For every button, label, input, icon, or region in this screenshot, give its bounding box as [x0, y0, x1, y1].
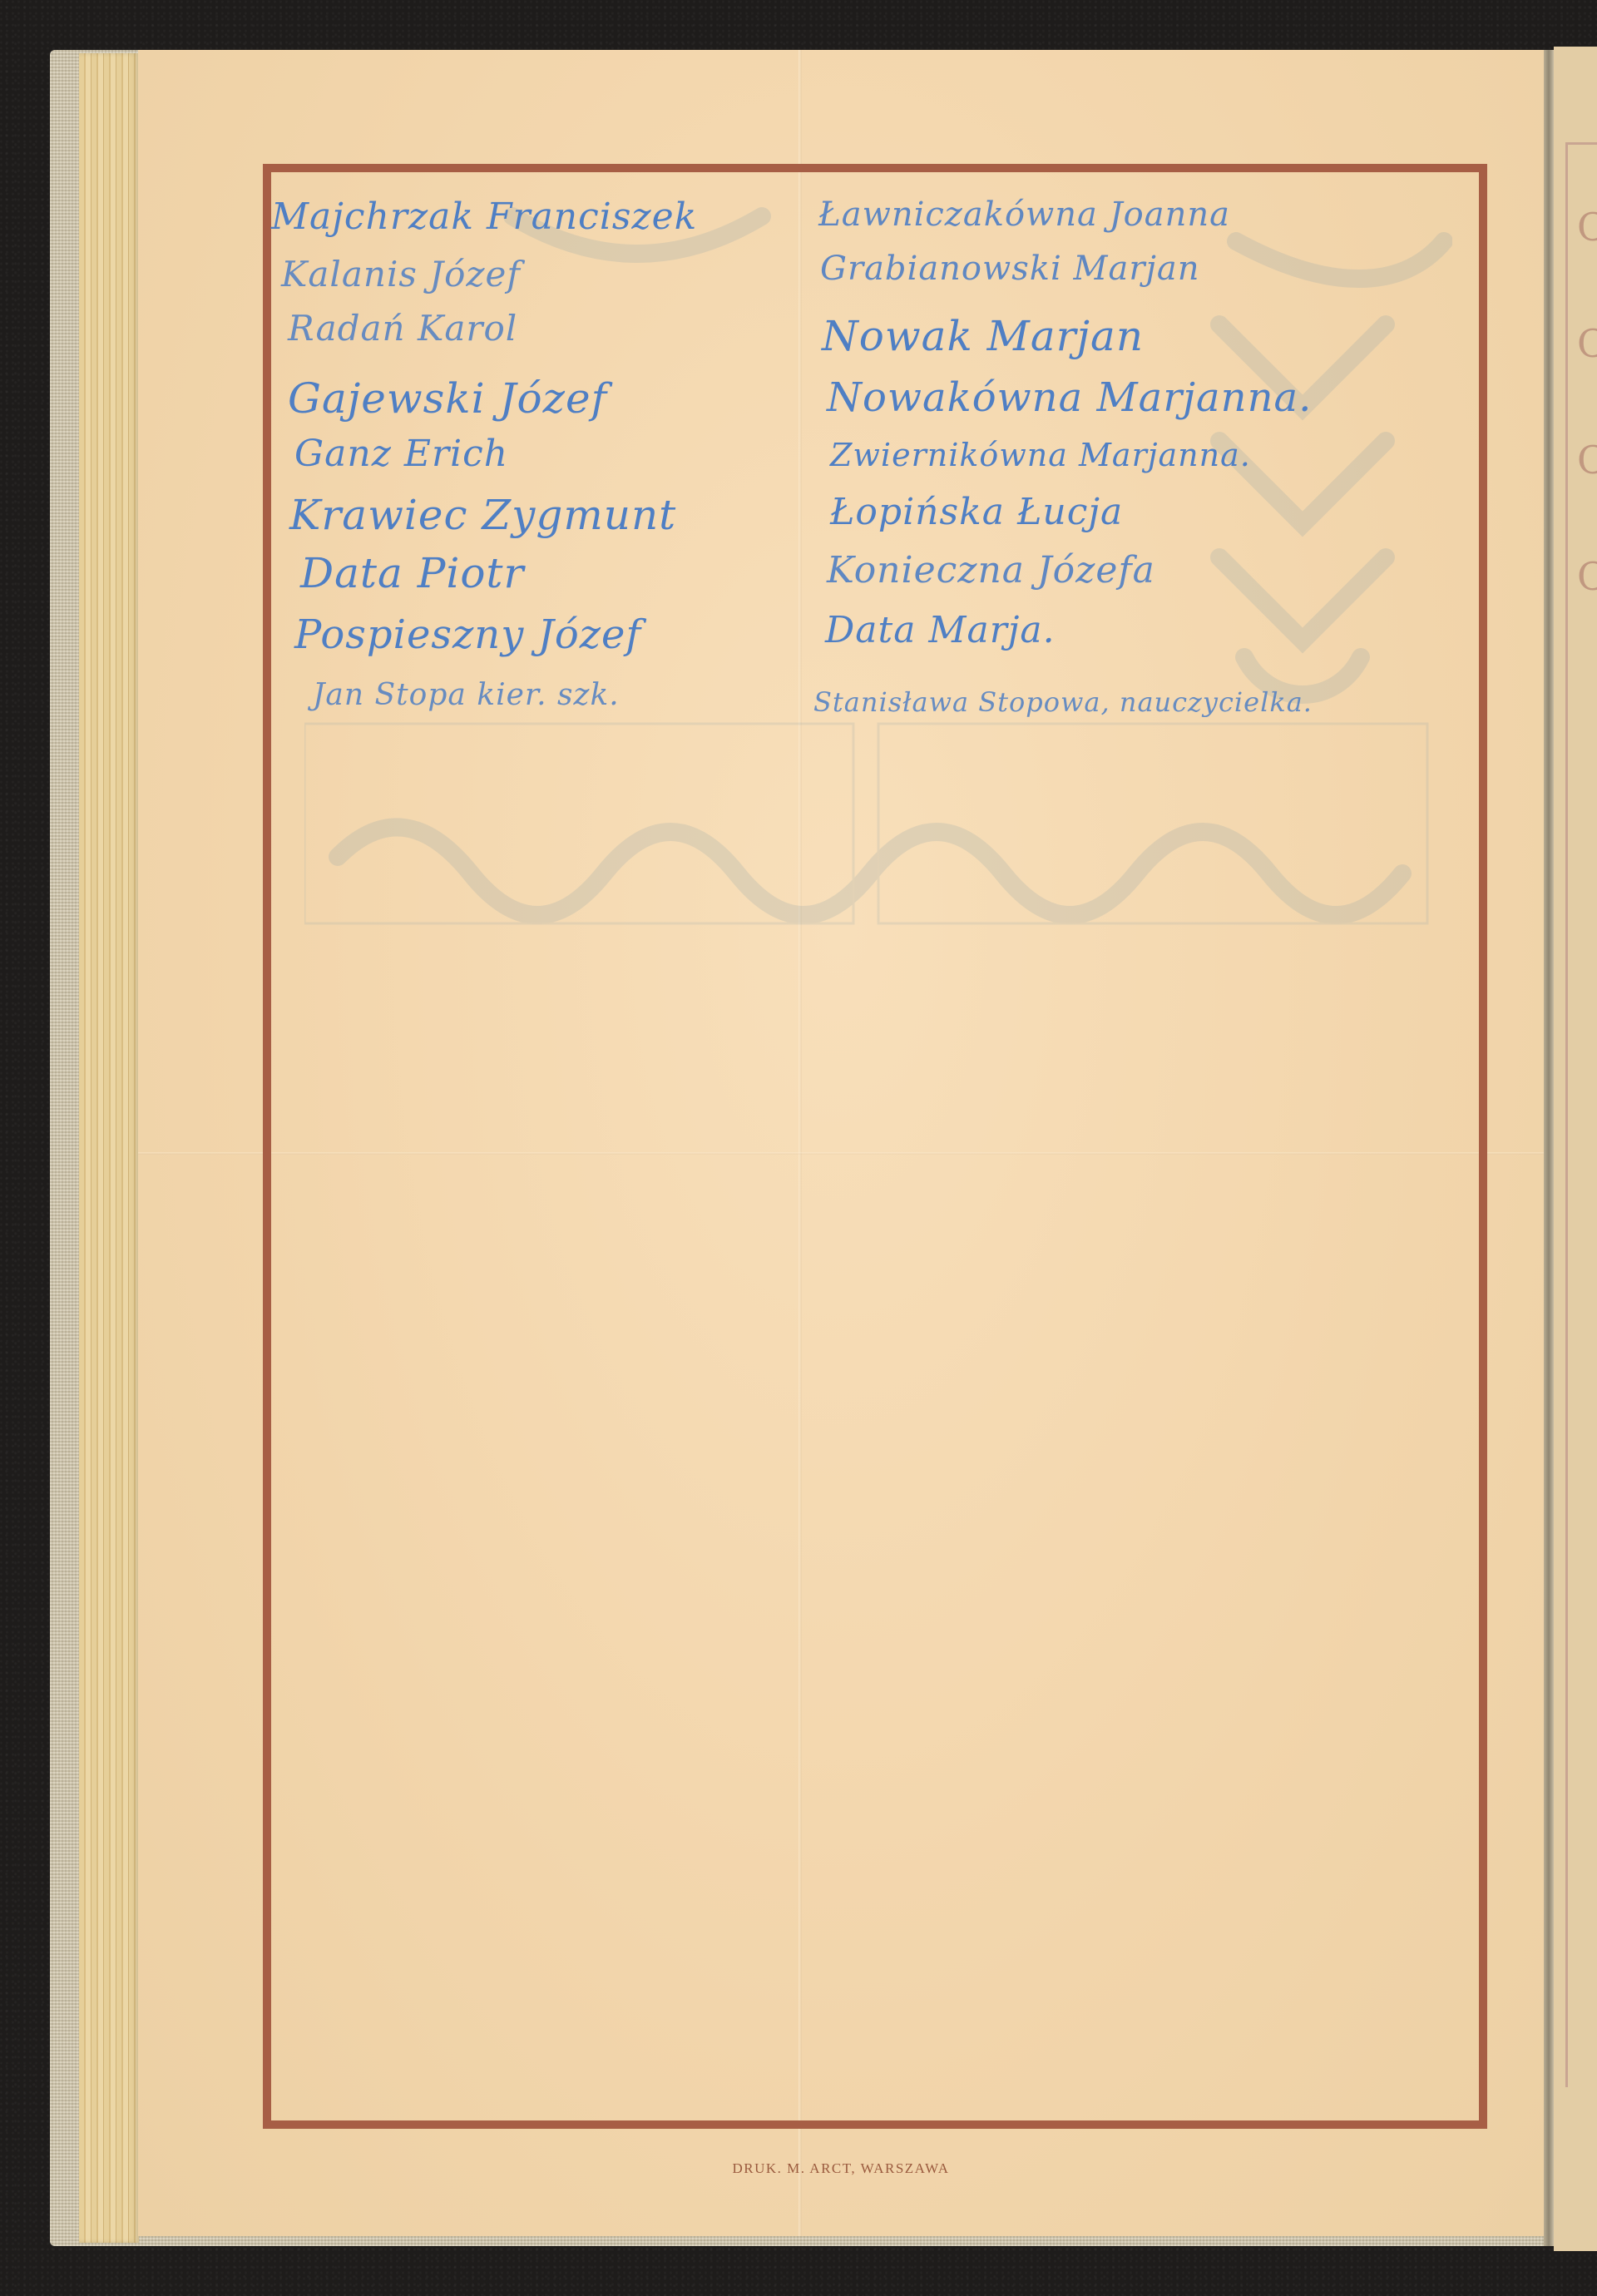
adjacent-page-ornament-icon: C	[1577, 438, 1597, 482]
name-entry: Łopińska Łucja	[830, 491, 1123, 533]
name-entry: Data Marja.	[825, 609, 1056, 651]
name-entry: Grabianowski Marjan	[820, 250, 1199, 288]
name-entry: Radań Karol	[288, 308, 517, 349]
name-entry: Krawiec Zygmunt	[289, 491, 676, 539]
signature-headmaster: Jan Stopa kier. szk.	[313, 678, 620, 712]
adjacent-page-frame	[1565, 142, 1597, 2087]
name-entry: Ganz Erich	[294, 433, 508, 475]
name-entry: Nowakówna Marjanna.	[827, 374, 1312, 421]
name-entry: Konieczna Józefa	[827, 549, 1155, 591]
printer-imprint: DRUK. M. ARCT, WARSZAWA	[138, 2160, 1544, 2177]
page-edges-stack	[79, 53, 139, 2243]
adjacent-page-ornament-icon: C	[1577, 205, 1597, 250]
name-entry: Pospieszny Józef	[294, 611, 641, 658]
name-entry: Nowak Marjan	[822, 312, 1144, 360]
name-entry: Zwiernikówna Marjanna.	[830, 437, 1251, 473]
name-entry: Kalanis Józef	[281, 254, 521, 294]
name-entry: Data Piotr	[300, 549, 524, 597]
book-spine-gap	[1544, 50, 1554, 2246]
signature-teacher: Stanisława Stopowa, nauczycielka.	[813, 686, 1313, 718]
adjacent-page-ornament-icon: C	[1577, 554, 1597, 599]
name-entry: Majchrzak Franciszek	[271, 195, 697, 238]
adjacent-page-ornament-icon: C	[1577, 321, 1597, 366]
name-entry: Ławniczakówna Joanna	[818, 195, 1230, 234]
name-entry: Gajewski Józef	[288, 374, 607, 423]
document-page: Majchrzak Franciszek Kalanis Józef Radań…	[138, 50, 1544, 2236]
adjacent-page-edge: C C C C	[1554, 47, 1597, 2251]
